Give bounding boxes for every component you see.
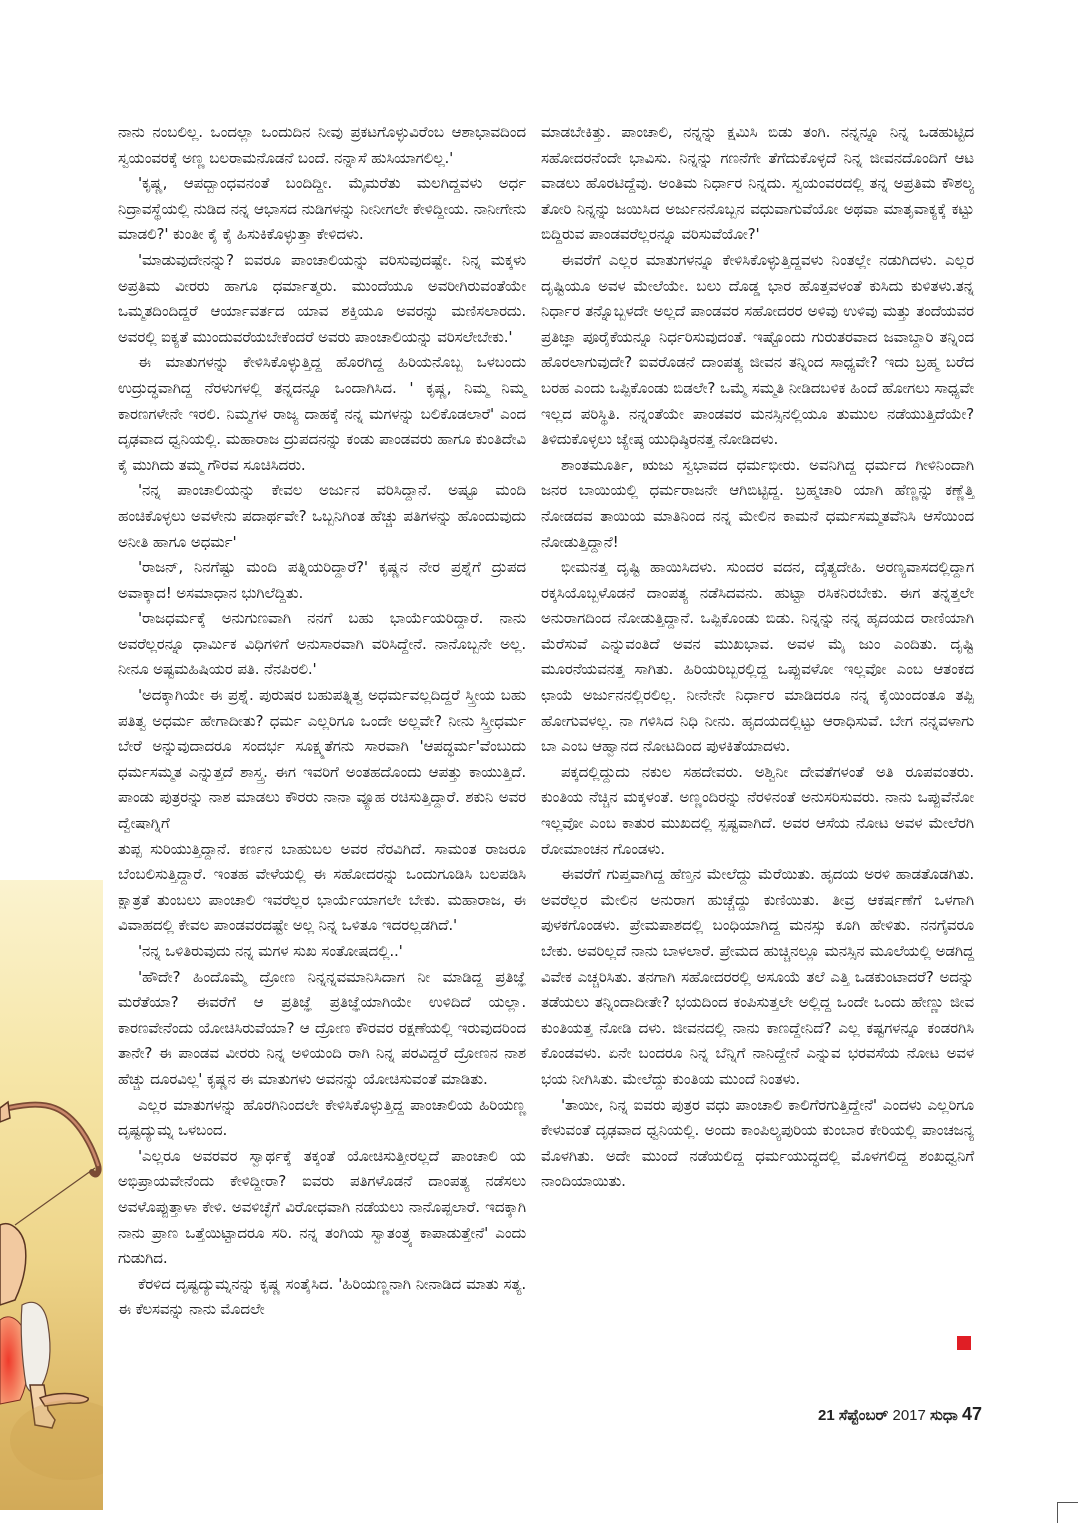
end-of-article-square-icon	[957, 1336, 971, 1350]
paragraph: ಈವರೆಗೆ ಗುಪ್ತವಾಗಿದ್ದ ಹೆಣ್ತನ ಮೇಲೆದ್ದು ಮೆರೆ…	[541, 862, 974, 1092]
magazine-page: ನಾನು ನಂಬಲಿಲ್ಲ. ಒಂದಲ್ಲಾ ಒಂದುದಿನ ನೀವು ಪ್ರಕ…	[0, 0, 1078, 1525]
folio-publication: ಸುಧಾ	[930, 1407, 958, 1424]
paragraph: ಕೆರಳಿದ ದೃಷ್ಟದ್ಯುಮ್ನನನ್ನು ಕೃಷ್ಣ ಸಂತೈಸಿದ. …	[118, 1272, 526, 1323]
page-number: 47	[962, 1404, 982, 1424]
folio-day: 21	[818, 1407, 835, 1424]
paragraph: 'ನನ್ನ ಒಳಿತಿರುವುದು ನನ್ನ ಮಗಳ ಸುಖ ಸಂತೋಷದಲ್ಲ…	[118, 939, 526, 965]
paragraph: ತುಪ್ಪ ಸುರಿಯುತ್ತಿದ್ದಾನೆ. ಕರ್ಣನ ಬಾಹುಬಲ ಅವರ…	[118, 837, 526, 939]
paragraph: ಈ ಮಾತುಗಳನ್ನು ಕೇಳಿಸಿಕೊಳ್ಳುತ್ತಿದ್ದ ಹೊರಗಿದ್…	[118, 350, 526, 478]
page-folio: 21 ಸೆಪ್ಟೆಂಬರ್ 2017 ಸುಧಾ 47	[818, 1404, 982, 1425]
paragraph: 'ಎಲ್ಲರೂ ಅವರವರ ಸ್ವಾರ್ಥಕ್ಕೆ ತಕ್ಕಂತೆ ಯೋಚಿಸು…	[118, 1144, 526, 1272]
folio-year: 2017	[893, 1407, 926, 1424]
paragraph: ಈವರೆಗೆ ಎಲ್ಲರ ಮಾತುಗಳನ್ನೂ ಕೇಳಿಸಿಕೊಳ್ಳುತ್ತಿ…	[541, 248, 974, 453]
archer-drawing-icon	[0, 880, 103, 1510]
paragraph: ಶಾಂತಮೂರ್ತಿ, ಋಜು ಸ್ವಭಾವದ ಧರ್ಮಭೀರು. ಅವನಿಗಿ…	[541, 453, 974, 555]
paragraph: 'ಅದಕ್ಕಾಗಿಯೇ ಈ ಪ್ರಶ್ನೆ. ಪುರುಷರ ಬಹುಪತ್ನಿತ್…	[118, 683, 526, 837]
paragraph: ಭೀಮನತ್ತ ದೃಷ್ಟಿ ಹಾಯಿಸಿದಳು. ಸುಂದರ ವದನ, ದೈತ…	[541, 555, 974, 760]
paragraph: 'ರಾಜನ್, ನಿನಗೆಷ್ಟು ಮಂದಿ ಪತ್ನಿಯರಿದ್ದಾರೆ?' …	[118, 555, 526, 606]
paragraph: ಪಕ್ಕದಲ್ಲಿದ್ದುದು ನಕುಲ ಸಹದೇವರು. ಅಶ್ವಿನೀ ದೇ…	[541, 760, 974, 862]
paragraph: 'ಹೌದೇ? ಹಿಂದೊಮ್ಮೆ ದ್ರೋಣ ನಿನ್ನನ್ನವಮಾನಿಸಿದಾ…	[118, 965, 526, 1093]
paragraph: 'ನನ್ನ ಪಾಂಚಾಲಿಯನ್ನು ಕೇವಲ ಅರ್ಜುನ ವರಿಸಿದ್ದಾ…	[118, 478, 526, 555]
paragraph: 'ರಾಜಧರ್ಮಕ್ಕೆ ಅನುಗುಣವಾಗಿ ನನಗೆ ಬಹು ಭಾರ್ಯೆಯ…	[118, 606, 526, 683]
paragraph: 'ಮಾಡುವುದೇನನ್ನು? ಐವರೂ ಪಾಂಚಾಲಿಯನ್ನು ವರಿಸುವ…	[118, 248, 526, 350]
paragraph: 'ತಾಯೀ, ನಿನ್ನ ಐವರು ಪುತ್ರರ ವಧು ಪಾಂಚಾಲಿ ಕಾಲ…	[541, 1093, 974, 1195]
paragraph: ಎಲ್ಲರ ಮಾತುಗಳನ್ನು ಹೊರಗಿನಿಂದಲೇ ಕೇಳಿಸಿಕೊಳ್ಳ…	[118, 1093, 526, 1144]
crop-mark-icon	[1057, 1502, 1078, 1523]
left-text-column: ನಾನು ನಂಬಲಿಲ್ಲ. ಒಂದಲ್ಲಾ ಒಂದುದಿನ ನೀವು ಪ್ರಕ…	[118, 120, 526, 1323]
right-text-column: ಮಾಡಬೇಕಿತ್ತು. ಪಾಂಚಾಲಿ, ನನ್ನನ್ನು ಕ್ಷಮಿಸಿ ಬ…	[541, 120, 974, 1195]
paragraph: ಮಾಡಬೇಕಿತ್ತು. ಪಾಂಚಾಲಿ, ನನ್ನನ್ನು ಕ್ಷಮಿಸಿ ಬ…	[541, 120, 974, 248]
paragraph: 'ಕೃಷ್ಣ, ಆಪದ್ಬಾಂಧವನಂತೆ ಬಂದಿದ್ದೀ. ಮೈಮರೆತು …	[118, 171, 526, 248]
warrior-illustration	[0, 880, 103, 1510]
folio-month: ಸೆಪ್ಟೆಂಬರ್	[839, 1407, 888, 1424]
paragraph: ನಾನು ನಂಬಲಿಲ್ಲ. ಒಂದಲ್ಲಾ ಒಂದುದಿನ ನೀವು ಪ್ರಕ…	[118, 120, 526, 171]
